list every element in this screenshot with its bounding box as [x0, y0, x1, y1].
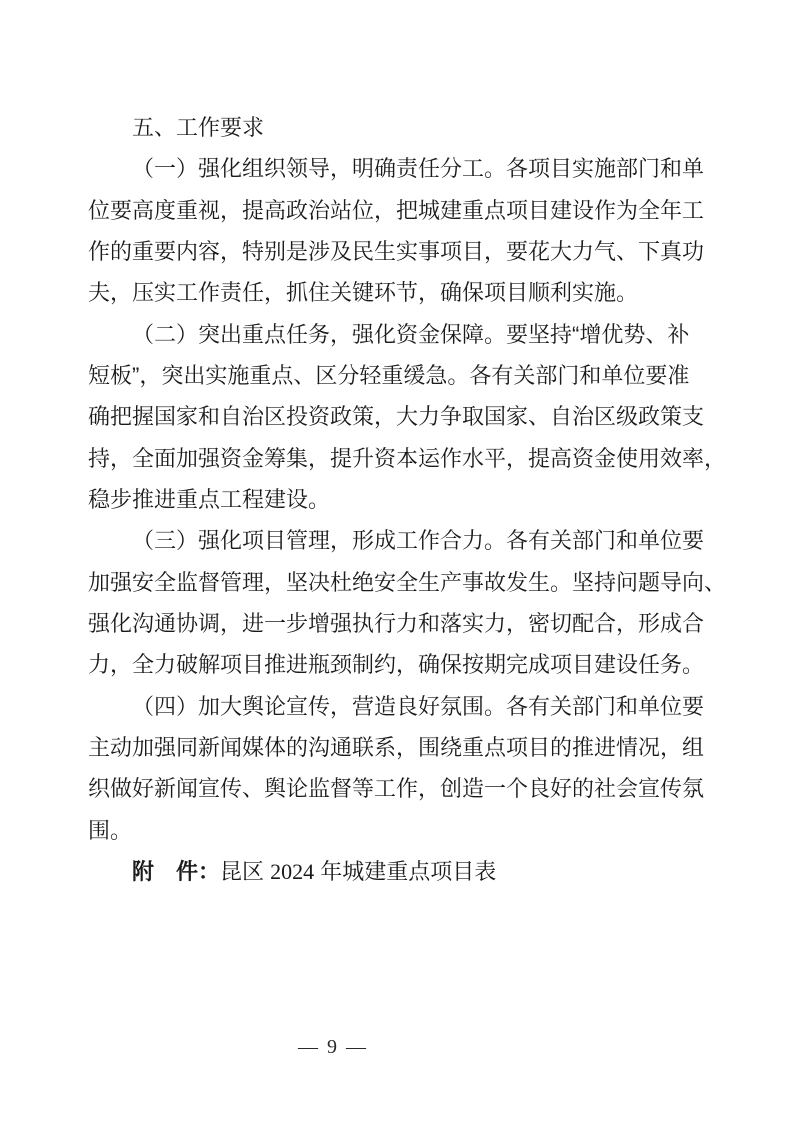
attachment-text-pre: 昆区 — [220, 859, 270, 884]
text-line: 稳步推进重点工程建设。 — [88, 479, 708, 520]
document-body: 五、工作要求 （一）强化组织领导，明确责任分工。各项目实施部门和单 位要高度重视… — [88, 107, 708, 892]
text-line: 强化沟通协调，进一步增强执行力和落实力，密切配合，形成合 — [88, 603, 708, 644]
text-line: （四）加大舆论宣传，营造良好氛围。各有关部门和单位要 — [88, 686, 708, 727]
text-line: 主动加强同新闻媒体的沟通联系，围绕重点项目的推进情况，组 — [88, 727, 708, 768]
text-line: 力，全力破解项目推进瓶颈制约，确保按期完成项目建设任务。 — [88, 644, 708, 685]
section-heading: 五、工作要求 — [88, 107, 708, 148]
text-line: 确把握国家和自治区投资政策，大力争取国家、自治区级政策支 — [88, 396, 708, 437]
paragraph-2: （二）突出重点任务，强化资金保障。要坚持“增优势、补 短板”，突出实施重点、区分… — [88, 314, 708, 521]
text-line: 加强安全监督管理，坚决杜绝安全生产事故发生。坚持问题导向、 — [88, 562, 708, 603]
text-line: 作的重要内容，特别是涉及民生实事项目，要花大力气、下真功 — [88, 231, 708, 272]
text-line: （三）强化项目管理，形成工作合力。各有关部门和单位要 — [88, 520, 708, 561]
page-number: — 9 — — [0, 1036, 666, 1059]
text-line: 短板”，突出实施重点、区分轻重缓急。各有关部门和单位要准 — [88, 355, 708, 396]
text-line: 夫，压实工作责任，抓住关键环节，确保项目顺利实施。 — [88, 272, 708, 313]
attachment-year: 2024 — [270, 859, 314, 884]
paragraph-1: （一）强化组织领导，明确责任分工。各项目实施部门和单 位要高度重视，提高政治站位… — [88, 148, 708, 313]
text-line: 位要高度重视，提高政治站位，把城建重点项目建设作为全年工 — [88, 190, 708, 231]
text-line: 织做好新闻宣传、舆论监督等工作，创造一个良好的社会宣传氛 — [88, 768, 708, 809]
attachment-label: 附 件： — [132, 859, 220, 884]
attachment-text-post: 年城建重点项目表 — [314, 859, 496, 884]
paragraph-3: （三）强化项目管理，形成工作合力。各有关部门和单位要 加强安全监督管理，坚决杜绝… — [88, 520, 708, 685]
text-line: 持，全面加强资金筹集，提升资本运作水平，提高资金使用效率， — [88, 438, 708, 479]
text-line: 围。 — [88, 810, 708, 851]
text-line: （一）强化组织领导，明确责任分工。各项目实施部门和单 — [88, 148, 708, 189]
text-line: （二）突出重点任务，强化资金保障。要坚持“增优势、补 — [88, 314, 708, 355]
document-page: 五、工作要求 （一）强化组织领导，明确责任分工。各项目实施部门和单 位要高度重视… — [0, 0, 793, 1122]
paragraph-4: （四）加大舆论宣传，营造良好氛围。各有关部门和单位要 主动加强同新闻媒体的沟通联… — [88, 686, 708, 851]
attachment-line: 附 件：昆区 2024 年城建重点项目表 — [88, 851, 708, 892]
